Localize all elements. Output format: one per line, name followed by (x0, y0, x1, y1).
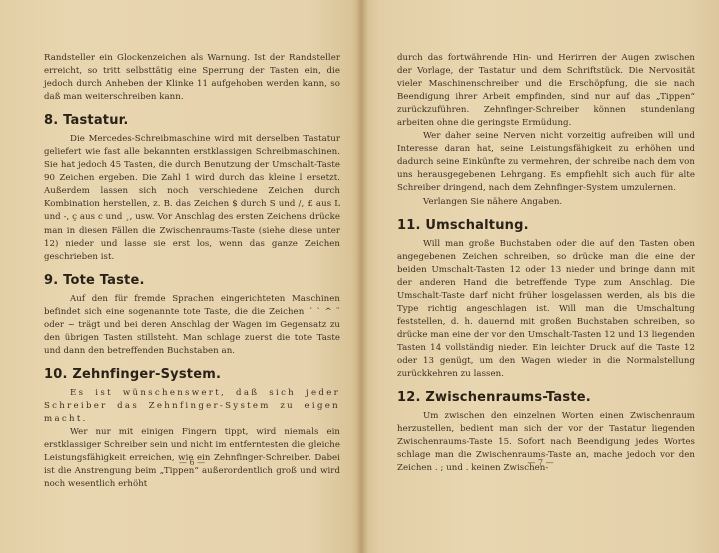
paragraph-zehnfinger-intro: Es ist wünschenswert, daß sich jeder Sch… (44, 387, 340, 426)
intro-paragraph: Randsteller ein Glockenzeichen als Warnu… (44, 52, 340, 104)
page-number-right: — 7 — (362, 458, 719, 467)
paragraph-umschaltung: Will man große Buchstaben oder die auf d… (397, 238, 695, 382)
section-heading-tastatur: 8. Tastatur. (44, 113, 340, 128)
book-spread: Randsteller ein Glockenzeichen als Warnu… (0, 0, 719, 553)
paragraph-tastatur: Die Mercedes-Schreibmaschine wird mit de… (44, 133, 340, 263)
continuation-paragraph: durch das fortwährende Hin- und Herirren… (397, 52, 695, 130)
section-heading-tote-taste: 9. Tote Taste. (44, 273, 340, 288)
section-heading-umschaltung: 11. Umschaltung. (397, 218, 695, 233)
advice-paragraph: Wer daher seine Nerven nicht vorzeitig a… (397, 130, 695, 195)
request-info-line: Verlangen Sie nähere Angaben. (397, 196, 695, 209)
page-number-left: — 6 — (0, 458, 362, 467)
left-page: Randsteller ein Glockenzeichen als Warnu… (0, 0, 362, 553)
section-heading-zehnfinger-system: 10. Zehnfinger-System. (44, 367, 340, 382)
section-heading-zwischenraums-taste: 12. Zwischenraums-Taste. (397, 390, 695, 405)
paragraph-tote-taste: Auf den für fremde Sprachen eingerichtet… (44, 293, 340, 358)
right-page: durch das fortwährende Hin- und Herirren… (362, 0, 719, 553)
